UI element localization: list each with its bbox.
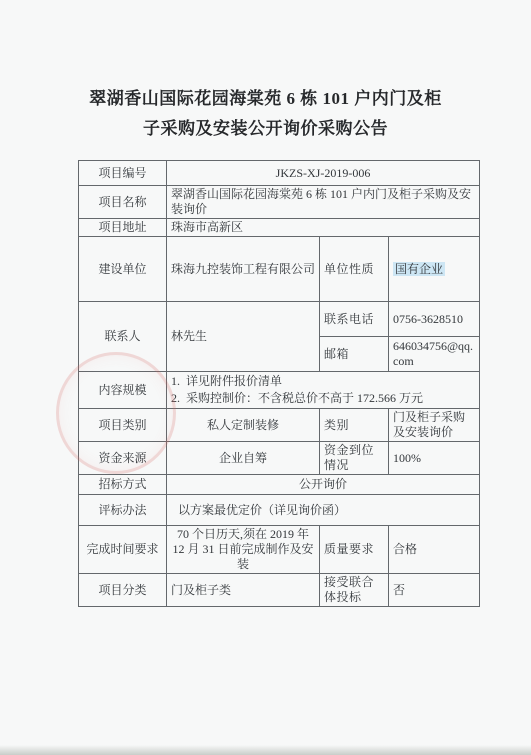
fund-source-label: 资金来源 bbox=[79, 442, 167, 475]
project-name-value: 翠湖香山国际花园海棠苑 6 栋 101 户内门及柜子采购及安装询价 bbox=[167, 186, 480, 219]
document-title-line2: 子采购及安装公开询价采购公告 bbox=[40, 114, 491, 144]
project-no-value: JKZS-XJ-2019-006 bbox=[167, 161, 480, 186]
classification-label: 项目分类 bbox=[79, 574, 167, 607]
phone-label: 联系电话 bbox=[320, 302, 389, 337]
deadline-label: 完成时间要求 bbox=[79, 526, 167, 574]
eval-method-label: 评标办法 bbox=[79, 495, 167, 526]
scope-item-2: 2. 采购控制价：不含税总价不高于 172.566 万元 bbox=[171, 390, 475, 407]
bid-method-label: 招标方式 bbox=[79, 475, 167, 495]
email-value: 646034756@qq.com bbox=[389, 337, 480, 372]
unit-nature-value: 国有企业 bbox=[389, 237, 480, 302]
project-address-label: 项目地址 bbox=[79, 219, 167, 237]
document-title-line1: 翠湖香山国际花园海棠苑 6 栋 101 户内门及柜 bbox=[40, 84, 491, 114]
table-row-builder: 建设单位 珠海九控装饰工程有限公司 单位性质 国有企业 bbox=[79, 237, 480, 302]
table-row-project-address: 项目地址 珠海市高新区 bbox=[79, 219, 480, 237]
table-row-category: 项目类别 私人定制装修 类别 门及柜子采购及安装询价 bbox=[79, 409, 480, 442]
table-row-fund-source: 资金来源 企业自筹 资金到位情况 100% bbox=[79, 442, 480, 475]
table-row-project-name: 项目名称 翠湖香山国际花园海棠苑 6 栋 101 户内门及柜子采购及安装询价 bbox=[79, 186, 480, 219]
table-row-deadline: 完成时间要求 70 个日历天,须在 2019 年 12 月 31 日前完成制作及… bbox=[79, 526, 480, 574]
fund-ready-label: 资金到位情况 bbox=[320, 442, 389, 475]
project-name-label: 项目名称 bbox=[79, 186, 167, 219]
project-address-value: 珠海市高新区 bbox=[167, 219, 480, 237]
procurement-info-table: 项目编号 JKZS-XJ-2019-006 项目名称 翠湖香山国际花园海棠苑 6… bbox=[78, 160, 480, 607]
scope-label: 内容规模 bbox=[79, 372, 167, 409]
table-row-project-no: 项目编号 JKZS-XJ-2019-006 bbox=[79, 161, 480, 186]
unit-nature-highlight: 国有企业 bbox=[393, 262, 445, 276]
fund-source-value: 企业自筹 bbox=[167, 442, 320, 475]
joint-bid-label: 接受联合体投标 bbox=[320, 574, 389, 607]
bid-method-value: 公开询价 bbox=[167, 475, 480, 495]
category-label: 项目类别 bbox=[79, 409, 167, 442]
document-title: 翠湖香山国际花园海棠苑 6 栋 101 户内门及柜 子采购及安装公开询价采购公告 bbox=[40, 84, 491, 144]
table-row-scope: 内容规模 1. 详见附件报价清单 2. 采购控制价：不含税总价不高于 172.5… bbox=[79, 372, 480, 409]
project-no-label: 项目编号 bbox=[79, 161, 167, 186]
quality-label: 质量要求 bbox=[320, 526, 389, 574]
scope-item-1: 1. 详见附件报价清单 bbox=[171, 373, 475, 390]
classification-value: 门及柜子类 bbox=[167, 574, 320, 607]
table-row-bid-method: 招标方式 公开询价 bbox=[79, 475, 480, 495]
contact-label: 联系人 bbox=[79, 302, 167, 372]
table-row-classification: 项目分类 门及柜子类 接受联合体投标 否 bbox=[79, 574, 480, 607]
scan-edge-shadow bbox=[0, 745, 531, 755]
type-label: 类别 bbox=[320, 409, 389, 442]
contact-value: 林先生 bbox=[167, 302, 320, 372]
phone-value: 0756-3628510 bbox=[389, 302, 480, 337]
joint-bid-value: 否 bbox=[389, 574, 480, 607]
builder-value: 珠海九控装饰工程有限公司 bbox=[167, 237, 320, 302]
eval-method-value: 以方案最优定价（详见询价函） bbox=[167, 495, 480, 526]
table-row-eval-method: 评标办法 以方案最优定价（详见询价函） bbox=[79, 495, 480, 526]
table-row-contact-phone: 联系人 林先生 联系电话 0756-3628510 bbox=[79, 302, 480, 337]
category-value: 私人定制装修 bbox=[167, 409, 320, 442]
deadline-value: 70 个日历天,须在 2019 年 12 月 31 日前完成制作及安装 bbox=[167, 526, 320, 574]
fund-ready-value: 100% bbox=[389, 442, 480, 475]
type-value: 门及柜子采购及安装询价 bbox=[389, 409, 480, 442]
builder-label: 建设单位 bbox=[79, 237, 167, 302]
quality-value: 合格 bbox=[389, 526, 480, 574]
scope-value: 1. 详见附件报价清单 2. 采购控制价：不含税总价不高于 172.566 万元 bbox=[167, 372, 480, 409]
email-label: 邮箱 bbox=[320, 337, 389, 372]
unit-nature-label: 单位性质 bbox=[320, 237, 389, 302]
scanned-document-page: 翠湖香山国际花园海棠苑 6 栋 101 户内门及柜 子采购及安装公开询价采购公告… bbox=[0, 0, 531, 755]
